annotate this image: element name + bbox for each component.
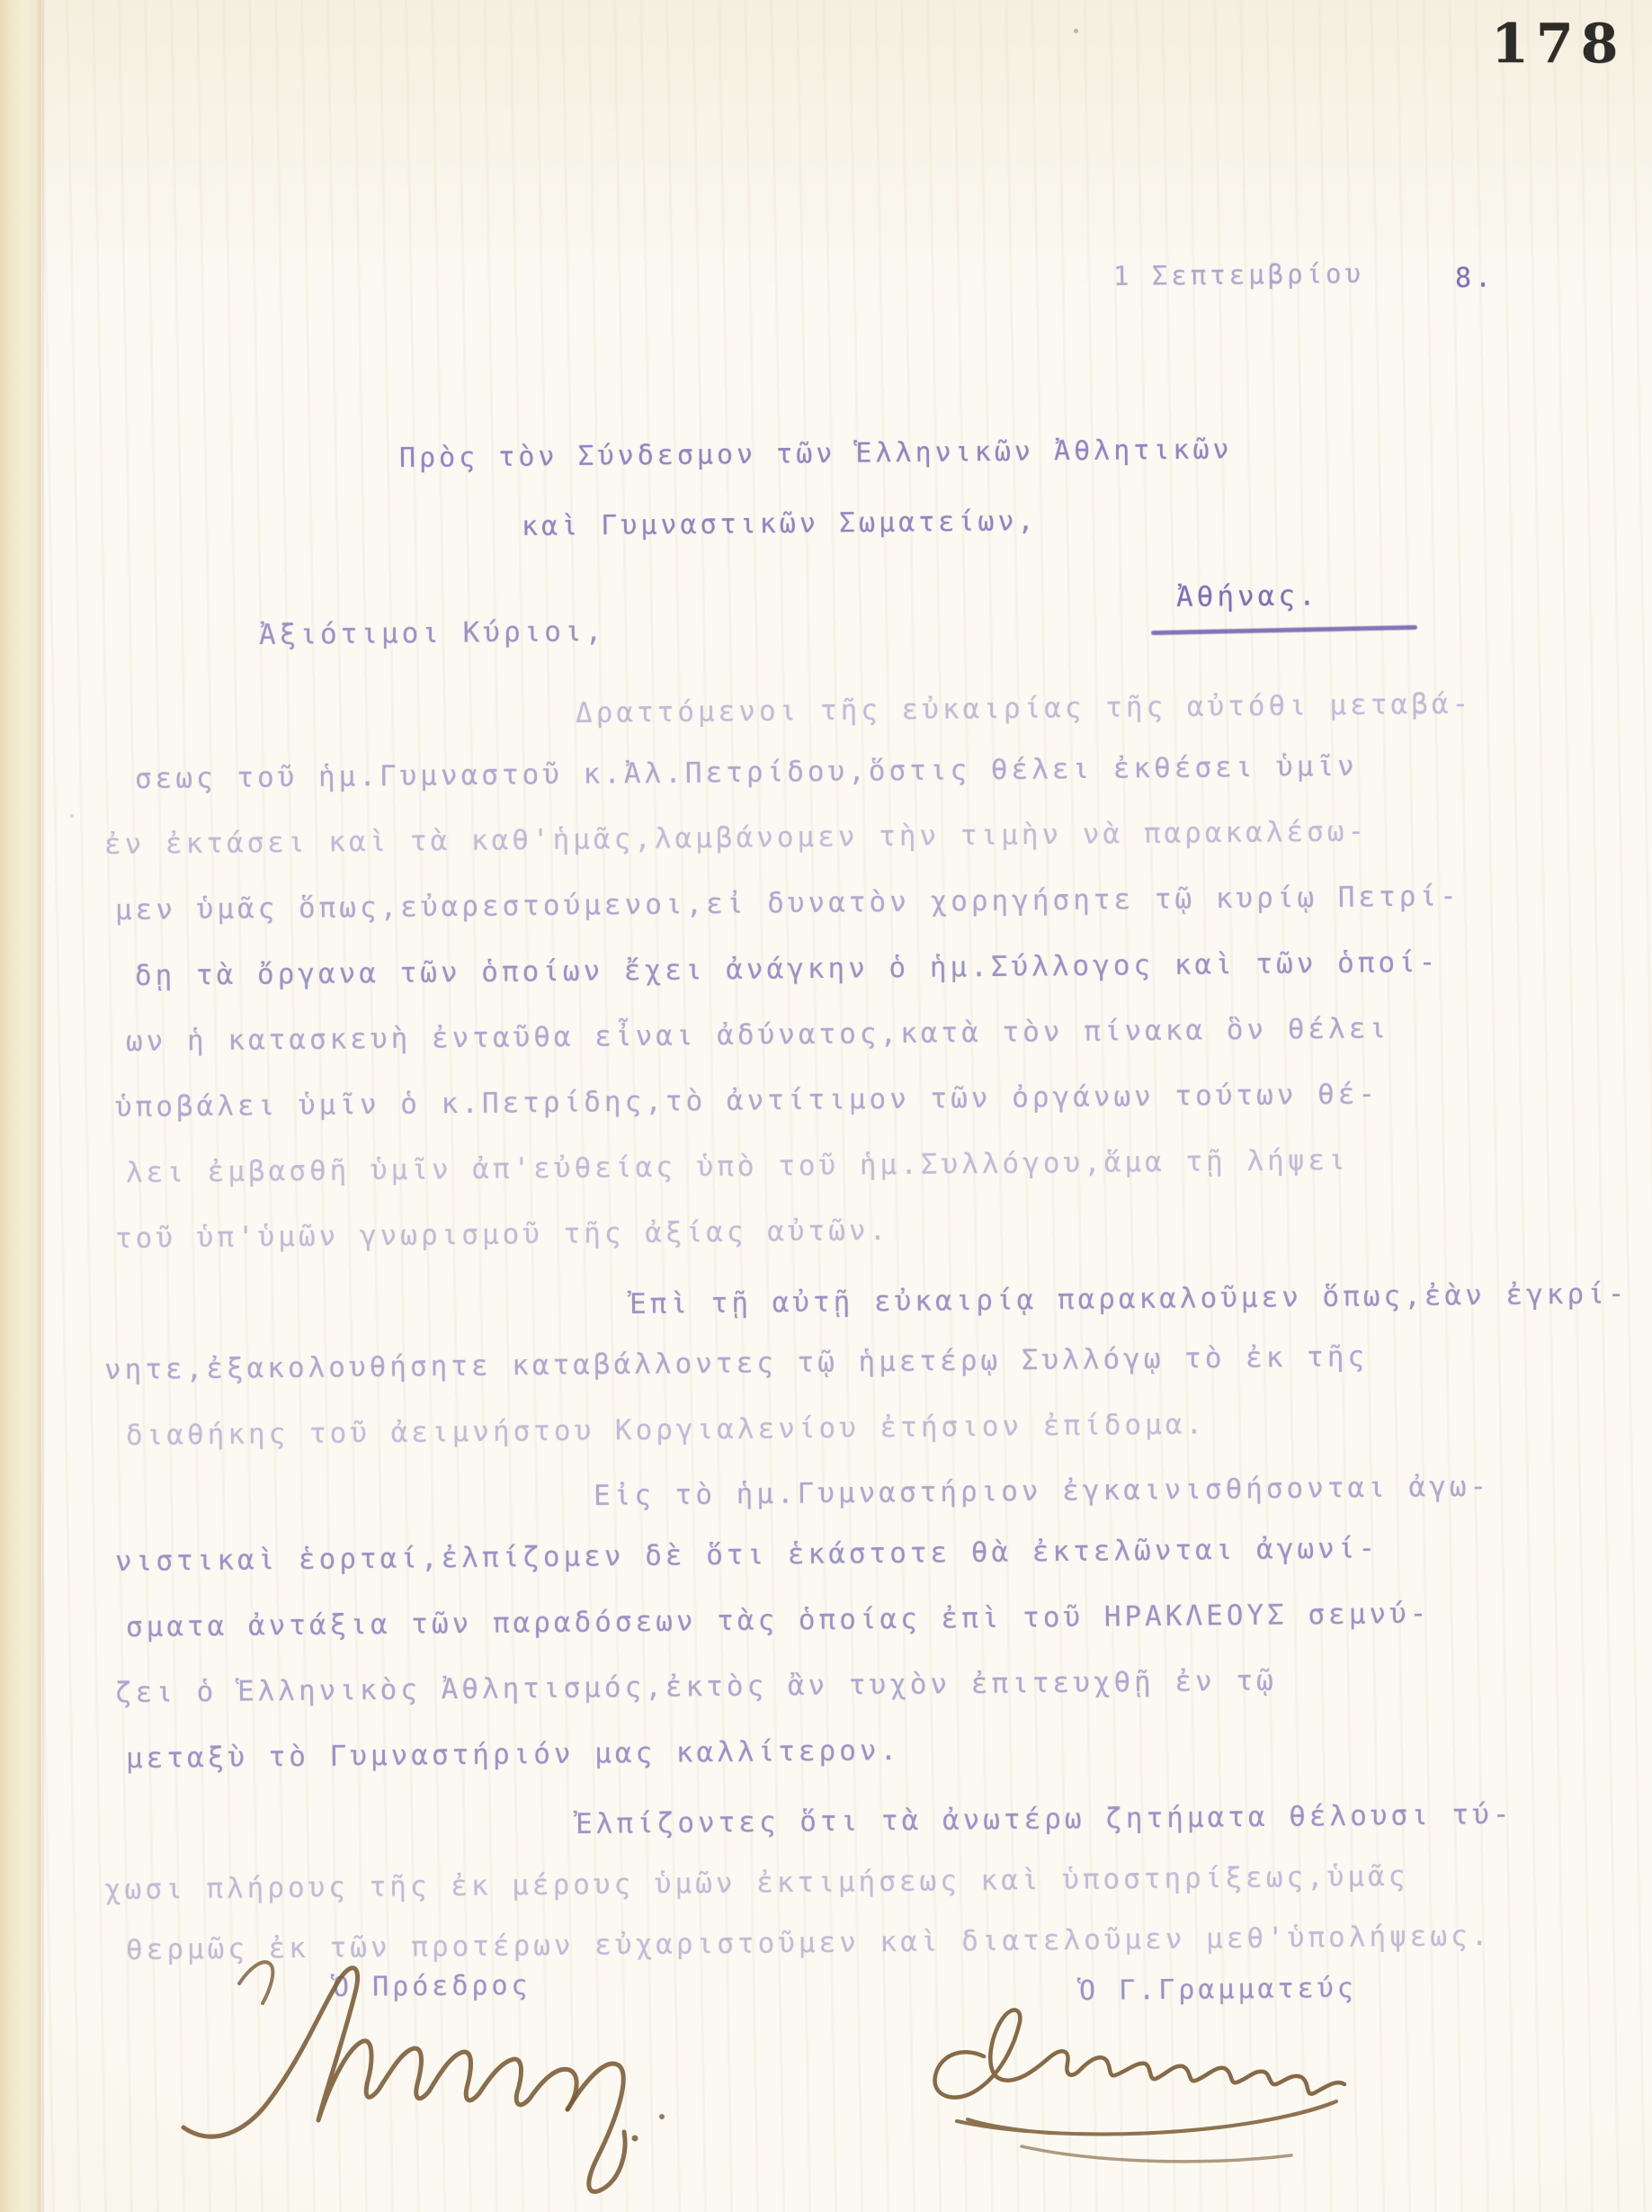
- date-number: 8.: [1455, 263, 1495, 294]
- body-line: σεως τοῦ ἡμ.Γυμναστοῦ κ.Ἀλ.Πετρίδου,ὅστι…: [135, 750, 1358, 795]
- body-line: Ἐλπίζοντες ὅτι τὰ ἀνωτέρω ζητήματα θέλου…: [576, 1798, 1514, 1840]
- paper-speck: [70, 814, 74, 818]
- heading-line-2: καὶ Γυμναστικῶν Σωματείων,: [522, 506, 1038, 542]
- body-line: Εἰς τὸ ἡμ.Γυμναστήριον ἐγκαινισθήσονται …: [594, 1471, 1491, 1512]
- body-line: λει ἐμβασθῆ ὑμῖν ἀπ'εὐθείας ὑπὸ τοῦ ἡμ.Σ…: [126, 1144, 1349, 1189]
- body-line: μεν ὑμᾶς ὅπως,εὐαρεστούμενοι,εἰ δυνατὸν …: [115, 880, 1460, 927]
- body-line: σματα ἀντάξια τῶν παραδόσεων τὰς ὁποίας …: [126, 1598, 1431, 1643]
- body-line: ων ἡ κατασκευὴ ἐνταῦθα εἶναι ἀδύνατος,κα…: [126, 1012, 1389, 1058]
- body-line: ἐν ἐκτάσει καὶ τὰ καθ'ἡμᾶς,λαμβάνομεν τὴ…: [104, 815, 1368, 861]
- body-line: διαθήκης τοῦ ἀειμνήστου Κοργιαλενίου ἐτή…: [126, 1408, 1206, 1452]
- paper-left-edge: [0, 0, 42, 2212]
- salutation: Ἀξιότιμοι Κύριοι,: [259, 615, 606, 651]
- paper-speck: [1074, 29, 1078, 33]
- body-line: χωσι πλήρους τῆς ἐκ μέρους ὑμῶν ἐκτιμήσε…: [104, 1860, 1409, 1906]
- body-line: τοῦ ὑπ'ὑμῶν γνωρισμοῦ τῆς ἀξίας αὐτῶν.: [115, 1214, 890, 1255]
- signature-right-handwriting: [914, 1986, 1435, 2175]
- body-line: μεταξὺ τὸ Γυμναστήριόν μας καλλίτερον.: [126, 1734, 901, 1775]
- scanned-letter-page: 178 1 Σεπτεμβρίου 8. Πρὸς τὸν Σύνδεσμον …: [0, 0, 1652, 2212]
- body-line: νητε,ἐξακολουθήσητε καταβάλλοντες τῷ ἡμε…: [104, 1340, 1368, 1386]
- body-line: Δραττόμενοι τῆς εὐκαιρίας τῆς αὐτόθι μετ…: [576, 688, 1473, 730]
- place-underline: [1151, 625, 1417, 635]
- signature-left-handwriting: [176, 1948, 716, 2208]
- heading-place: Ἀθήνας.: [1176, 579, 1319, 613]
- page-number-stamp: 178: [1491, 13, 1625, 76]
- body-line: Ἐπὶ τῇ αὐτῇ εὐκαιρίᾳ παρακαλοῦμεν ὅπως,ἐ…: [630, 1277, 1629, 1321]
- body-line: ὑποβάλει ὑμῖν ὁ κ.Πετρίδης,τὸ ἀντίτιμον …: [115, 1078, 1379, 1124]
- heading-line-1: Πρὸς τὸν Σύνδεσμον τῶν Ἑλληνικῶν Ἀθλητικ…: [399, 434, 1233, 474]
- body-line: δῃ τὰ ὄργανα τῶν ὁποίων ἔχει ἀνάγκην ὁ ἡ…: [135, 946, 1440, 992]
- paper-left-edge-shadow: [42, 0, 45, 2212]
- body-line: ζει ὁ Ἑλληνικὸς Ἀθλητισμός,ἐκτὸς ἂν τυχὸ…: [115, 1664, 1277, 1709]
- date-text: 1 Σεπτεμβρίου: [1113, 258, 1364, 291]
- body-line: νιστικαὶ ἑορταί,ἐλπίζομεν δὲ ὅτι ἑκάστοτ…: [115, 1532, 1379, 1578]
